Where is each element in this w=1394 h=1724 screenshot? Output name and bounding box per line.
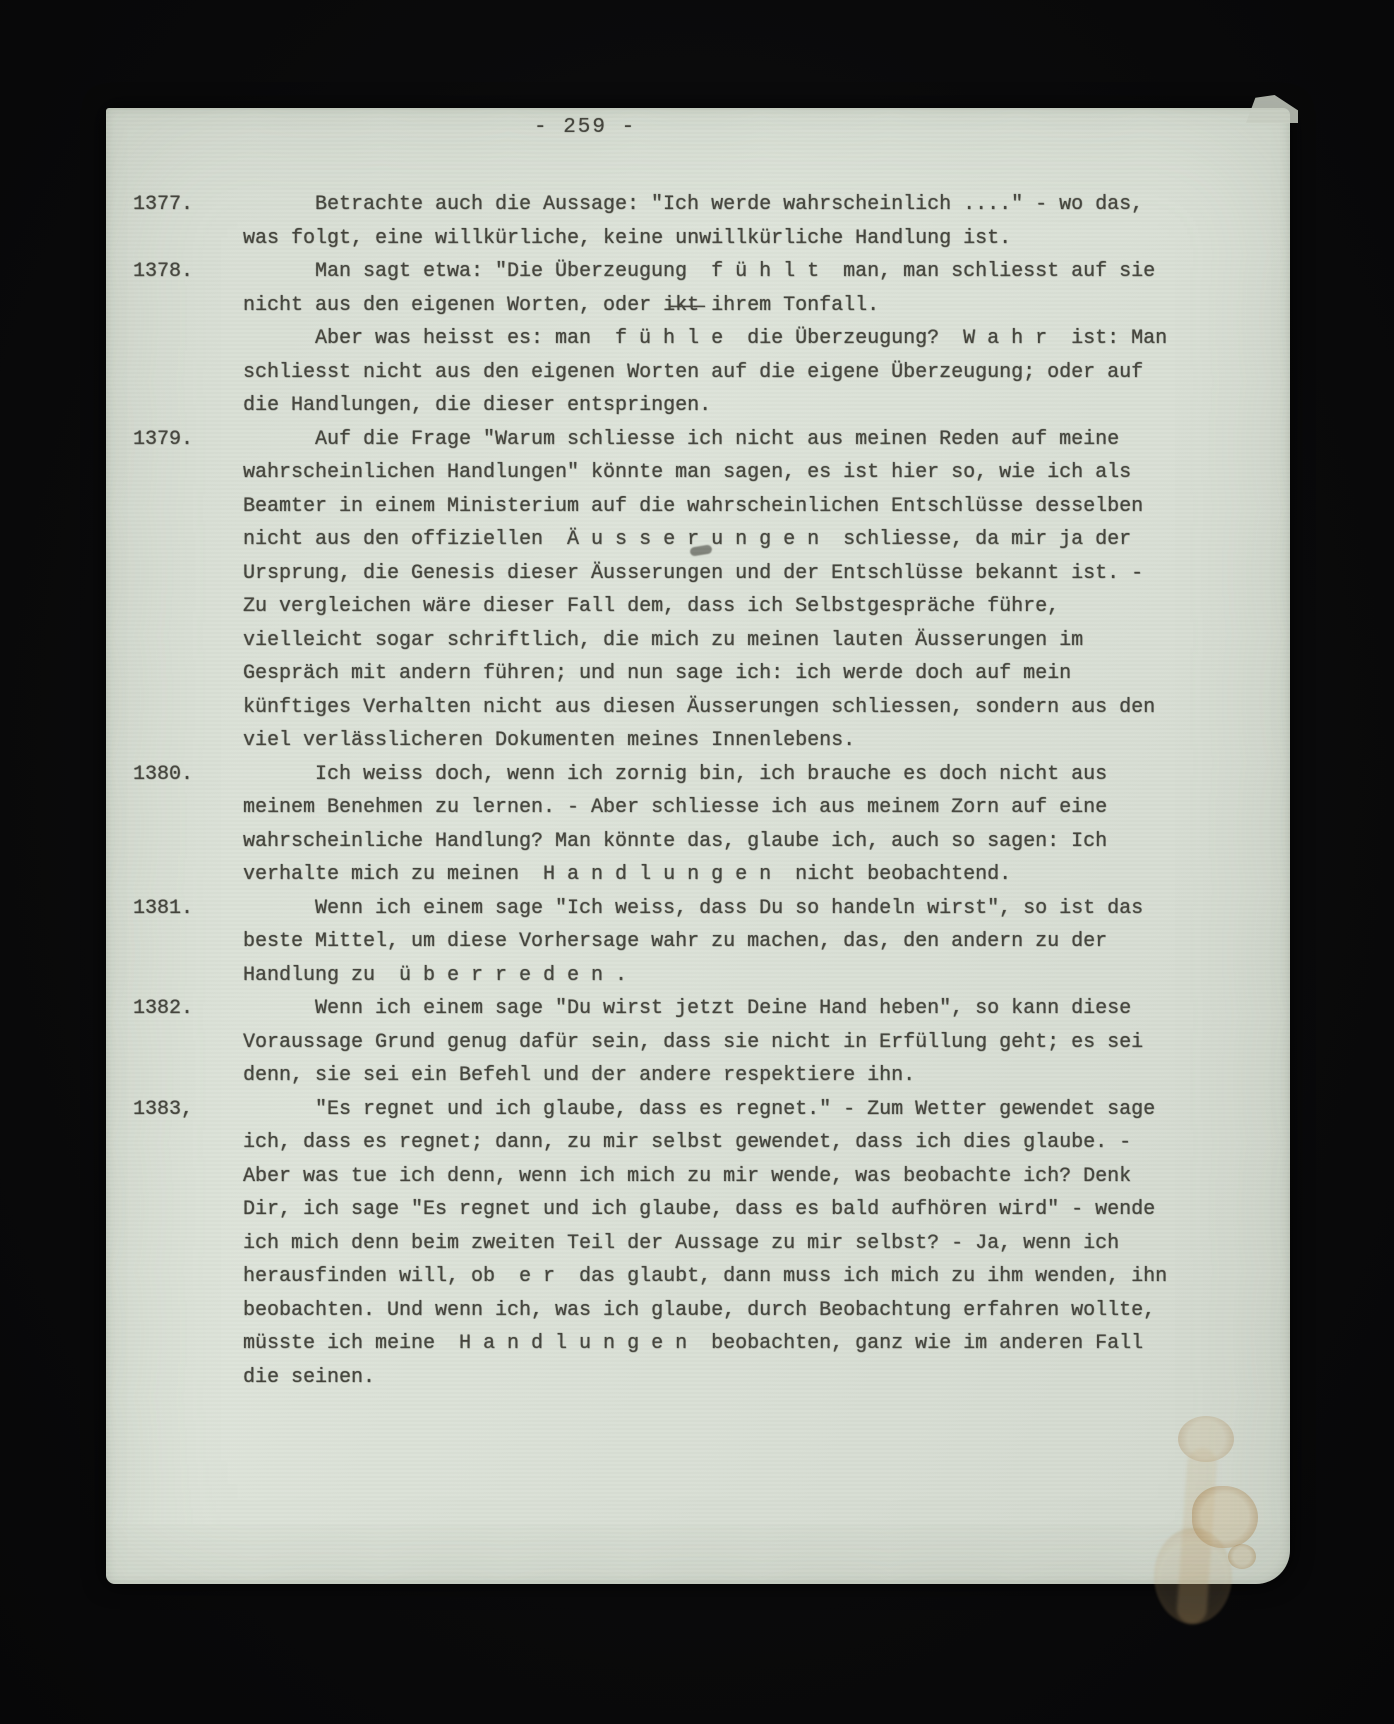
text-line: 1378.Man sagt etwa: "Die Überzeugung f ü… — [106, 255, 1290, 289]
line-text: meinem Benehmen zu lernen. - Aber schlie… — [243, 796, 1107, 819]
text-line: Zu vergleichen wäre dieser Fall dem, das… — [106, 590, 1290, 624]
coffee-stain — [1178, 1416, 1234, 1462]
text-line: beste Mittel, um diese Vorhersage wahr z… — [106, 925, 1290, 959]
text-line: 1380.Ich weiss doch, wenn ich zornig bin… — [106, 758, 1290, 792]
text-line: verhalte mich zu meinen H a n d l u n g … — [106, 858, 1290, 892]
line-text: künftiges Verhalten nicht aus diesen Äus… — [243, 696, 1155, 719]
line-text: was folgt, eine willkürliche, keine unwi… — [243, 227, 1011, 250]
line-text: ich mich denn beim zweiten Teil der Auss… — [243, 1232, 1119, 1255]
text-line: wahrscheinlichen Handlungen" könnte man … — [106, 456, 1290, 490]
remark-number: 1379. — [133, 423, 193, 457]
line-text: nicht aus den eigenen Worten, oder i̶k̶t… — [243, 294, 879, 317]
line-text: vielleicht sogar schriftlich, die mich z… — [243, 629, 1083, 652]
line-text: Ursprung, die Genesis dieser Äusserungen… — [243, 562, 1143, 585]
text-line: Aber was heisst es: man f ü h l e die Üb… — [106, 322, 1290, 356]
text-line: Handlung zu ü b e r r e d e n . — [106, 959, 1290, 993]
text-line: was folgt, eine willkürliche, keine unwi… — [106, 222, 1290, 256]
coffee-stain — [1192, 1486, 1258, 1548]
text-line: Beamter in einem Ministerium auf die wah… — [106, 490, 1290, 524]
line-text: Gespräch mit andern führen; und nun sage… — [243, 662, 1071, 685]
remark-number: 1383, — [133, 1093, 193, 1127]
line-text: verhalte mich zu meinen H a n d l u n g … — [243, 863, 1011, 886]
text-line: Voraussage Grund genug dafür sein, dass … — [106, 1026, 1290, 1060]
line-text: Betrachte auch die Aussage: "Ich werde w… — [243, 193, 1143, 216]
text-line: nicht aus den eigenen Worten, oder i̶k̶t… — [106, 289, 1290, 323]
text-line: Aber was tue ich denn, wenn ich mich zu … — [106, 1160, 1290, 1194]
line-text: die Handlungen, die dieser entspringen. — [243, 394, 711, 417]
line-text: ich, dass es regnet; dann, zu mir selbst… — [243, 1131, 1131, 1154]
text-line: herausfinden will, ob e r das glaubt, da… — [106, 1260, 1290, 1294]
remark-number: 1382. — [133, 992, 193, 1026]
coffee-stain-trail — [1176, 1447, 1218, 1625]
text-line: beobachten. Und wenn ich, was ich glaube… — [106, 1294, 1290, 1328]
text-line: 1379.Auf die Frage "Warum schliesse ich … — [106, 423, 1290, 457]
text-line: die seinen. — [106, 1361, 1290, 1395]
line-text: wahrscheinlichen Handlungen" könnte man … — [243, 461, 1131, 484]
coffee-stain — [1228, 1544, 1256, 1569]
text-line: 1381.Wenn ich einem sage "Ich weiss, das… — [106, 892, 1290, 926]
document-page: - 259 - 1377.Betrachte auch die Aussage:… — [106, 108, 1290, 1584]
line-text: müsste ich meine H a n d l u n g e n beo… — [243, 1332, 1143, 1355]
text-line: 1383,"Es regnet und ich glaube, dass es … — [106, 1093, 1290, 1127]
line-text: Beamter in einem Ministerium auf die wah… — [243, 495, 1143, 518]
text-line: ich mich denn beim zweiten Teil der Auss… — [106, 1227, 1290, 1261]
line-text: nicht aus den offiziellen Ä u s s e r u … — [243, 528, 1131, 551]
coffee-stain — [1154, 1528, 1232, 1624]
line-text: Voraussage Grund genug dafür sein, dass … — [243, 1031, 1143, 1054]
text-line: 1382.Wenn ich einem sage "Du wirst jetzt… — [106, 992, 1290, 1026]
line-text: Ich weiss doch, wenn ich zornig bin, ich… — [243, 763, 1107, 786]
text-line: meinem Benehmen zu lernen. - Aber schlie… — [106, 791, 1290, 825]
line-text: Wenn ich einem sage "Du wirst jetzt Dein… — [243, 997, 1131, 1020]
line-text: Zu vergleichen wäre dieser Fall dem, das… — [243, 595, 1059, 618]
line-text: denn, sie sei ein Befehl und der andere … — [243, 1064, 915, 1087]
line-text: Wenn ich einem sage "Ich weiss, dass Du … — [243, 897, 1143, 920]
line-text: viel verlässlicheren Dokumenten meines I… — [243, 729, 855, 752]
text-line: Dir, ich sage "Es regnet und ich glaube,… — [106, 1193, 1290, 1227]
text-line: 1377.Betrachte auch die Aussage: "Ich we… — [106, 188, 1290, 222]
line-text: Aber was tue ich denn, wenn ich mich zu … — [243, 1165, 1131, 1188]
photo-background: - 259 - 1377.Betrachte auch die Aussage:… — [0, 0, 1394, 1724]
remark-number: 1378. — [133, 255, 193, 289]
line-text: wahrscheinliche Handlung? Man könnte das… — [243, 830, 1107, 853]
text-line: denn, sie sei ein Befehl und der andere … — [106, 1059, 1290, 1093]
line-text: Handlung zu ü b e r r e d e n . — [243, 964, 627, 987]
torn-paper-corner — [1246, 95, 1298, 123]
text-line: Ursprung, die Genesis dieser Äusserungen… — [106, 557, 1290, 591]
page-number: - 259 - — [534, 116, 636, 139]
text-line: Gespräch mit andern führen; und nun sage… — [106, 657, 1290, 691]
text-line: vielleicht sogar schriftlich, die mich z… — [106, 624, 1290, 658]
line-text: Aber was heisst es: man f ü h l e die Üb… — [243, 327, 1167, 350]
remark-number: 1380. — [133, 758, 193, 792]
text-line: wahrscheinliche Handlung? Man könnte das… — [106, 825, 1290, 859]
remark-number: 1381. — [133, 892, 193, 926]
line-text: Man sagt etwa: "Die Überzeugung f ü h l … — [243, 260, 1155, 283]
line-text: die seinen. — [243, 1366, 375, 1389]
text-line: müsste ich meine H a n d l u n g e n beo… — [106, 1327, 1290, 1361]
line-text: Dir, ich sage "Es regnet und ich glaube,… — [243, 1198, 1155, 1221]
typescript-text: 1377.Betrachte auch die Aussage: "Ich we… — [106, 188, 1290, 1394]
text-line: viel verlässlicheren Dokumenten meines I… — [106, 724, 1290, 758]
line-text: "Es regnet und ich glaube, dass es regne… — [243, 1098, 1155, 1121]
line-text: schliesst nicht aus den eigenen Worten a… — [243, 361, 1143, 384]
text-line: ich, dass es regnet; dann, zu mir selbst… — [106, 1126, 1290, 1160]
line-text: beobachten. Und wenn ich, was ich glaube… — [243, 1299, 1155, 1322]
text-line: künftiges Verhalten nicht aus diesen Äus… — [106, 691, 1290, 725]
text-line: die Handlungen, die dieser entspringen. — [106, 389, 1290, 423]
line-text: herausfinden will, ob e r das glaubt, da… — [243, 1265, 1167, 1288]
line-text: Auf die Frage "Warum schliesse ich nicht… — [243, 428, 1119, 451]
text-line: schliesst nicht aus den eigenen Worten a… — [106, 356, 1290, 390]
line-text: beste Mittel, um diese Vorhersage wahr z… — [243, 930, 1107, 953]
remark-number: 1377. — [133, 188, 193, 222]
